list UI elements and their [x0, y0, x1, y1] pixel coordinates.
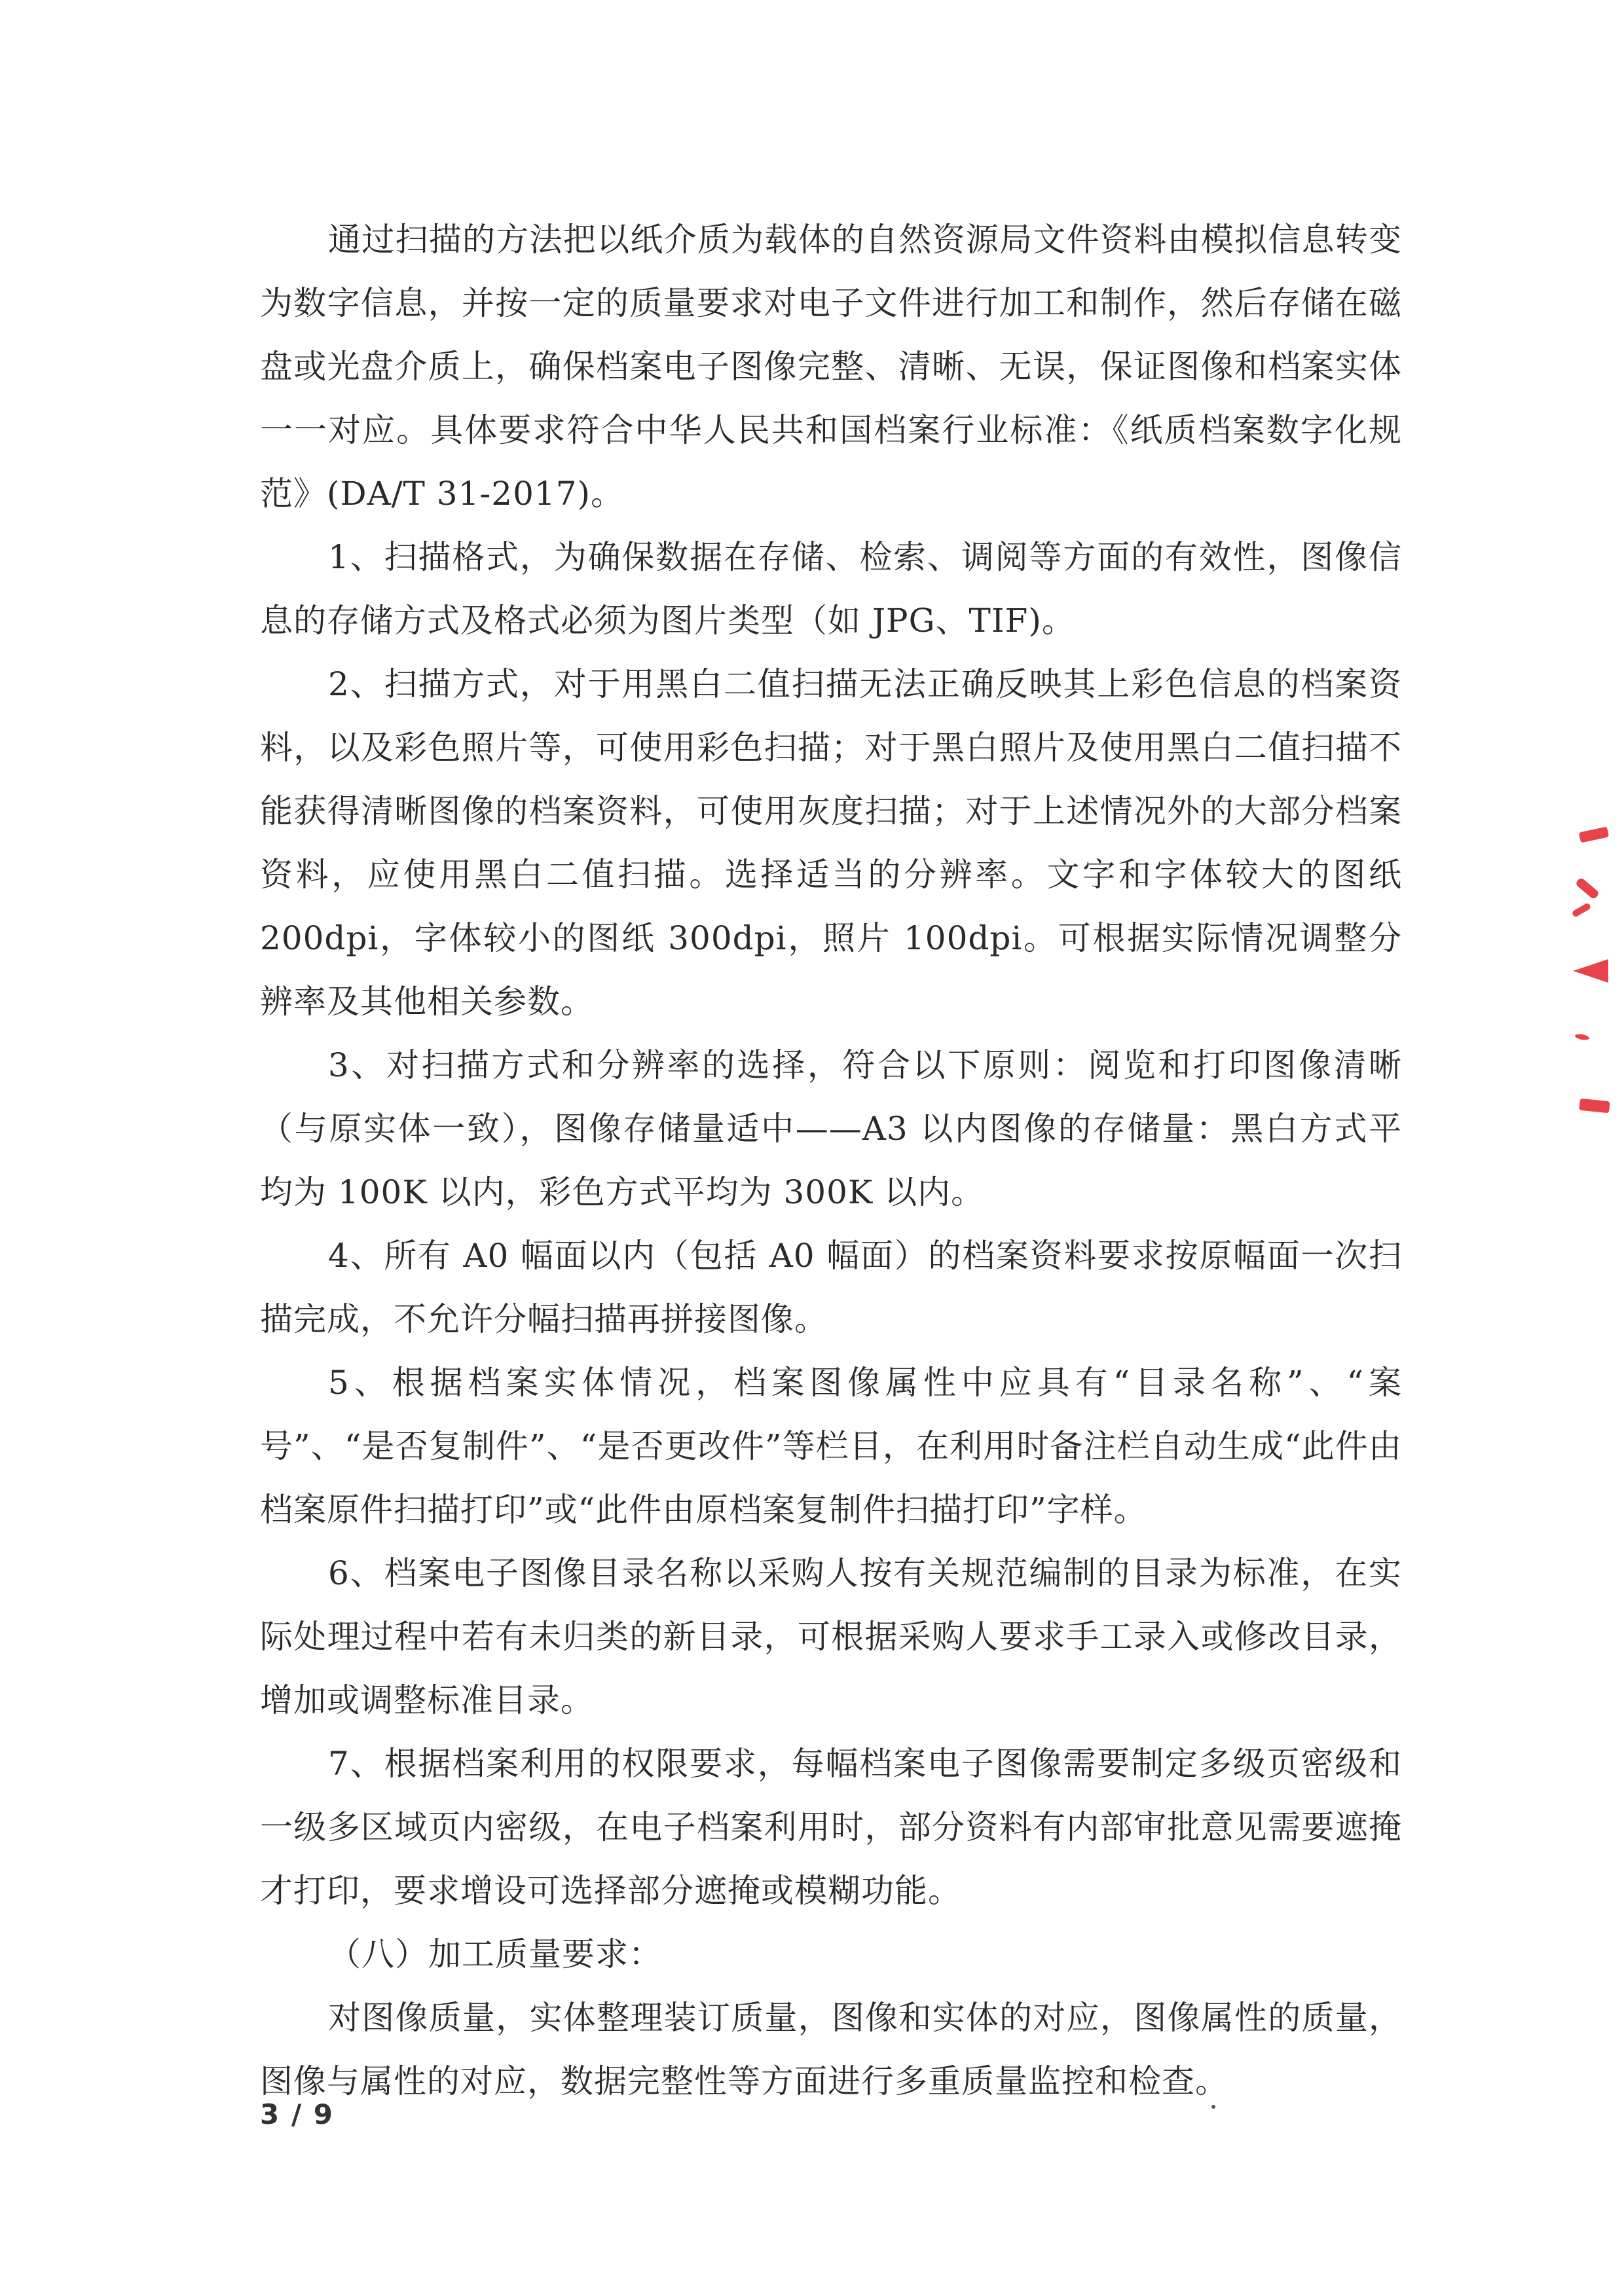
document-body: 通过扫描的方法把以纸介质为载体的自然资源局文件资料由模拟信息转变为数字信息，并按…	[260, 208, 1402, 2113]
scan-artifact-dot	[1211, 2105, 1215, 2109]
item-6-catalog-naming: 6、档案电子图像目录名称以采购人按有关规范编制的目录为标准，在实际处理过程中若有…	[260, 1542, 1402, 1732]
item-3-resolution-principle: 3、对扫描方式和分辨率的选择，符合以下原则：阅览和打印图像清晰（与原实体一致），…	[260, 1034, 1402, 1224]
seal-mark	[1579, 1099, 1610, 1114]
section-heading-quality: （八）加工质量要求：	[260, 1923, 1402, 1986]
quality-paragraph: 对图像质量，实体整理装订质量，图像和实体的对应，图像属性的质量，图像与属性的对应…	[260, 1986, 1402, 2113]
intro-paragraph: 通过扫描的方法把以纸介质为载体的自然资源局文件资料由模拟信息转变为数字信息，并按…	[260, 208, 1402, 526]
item-7-access-security: 7、根据档案利用的权限要求，每幅档案电子图像需要制定多级页密级和一级多区域页内密…	[260, 1732, 1402, 1923]
page-number: 3 / 9	[260, 2098, 334, 2130]
item-5-image-attributes: 5、根据档案实体情况，档案图像属性中应具有“目录名称”、“案号”、“是否复制件”…	[260, 1351, 1402, 1542]
seal-mark	[1572, 902, 1592, 918]
seal-mark	[1579, 827, 1609, 843]
seal-mark	[1575, 877, 1600, 900]
seal-mark	[1573, 959, 1608, 983]
item-1-scan-format: 1、扫描格式，为确保数据在存储、检索、调阅等方面的有效性，图像信息的存储方式及格…	[260, 526, 1402, 653]
item-4-a0-scanning: 4、所有 A0 幅面以内（包括 A0 幅面）的档案资料要求按原幅面一次扫描完成，…	[260, 1224, 1402, 1351]
seal-mark	[1574, 1033, 1589, 1041]
item-2-scan-mode: 2、扫描方式，对于用黑白二值扫描无法正确反映其上彩色信息的档案资料，以及彩色照片…	[260, 653, 1402, 1034]
